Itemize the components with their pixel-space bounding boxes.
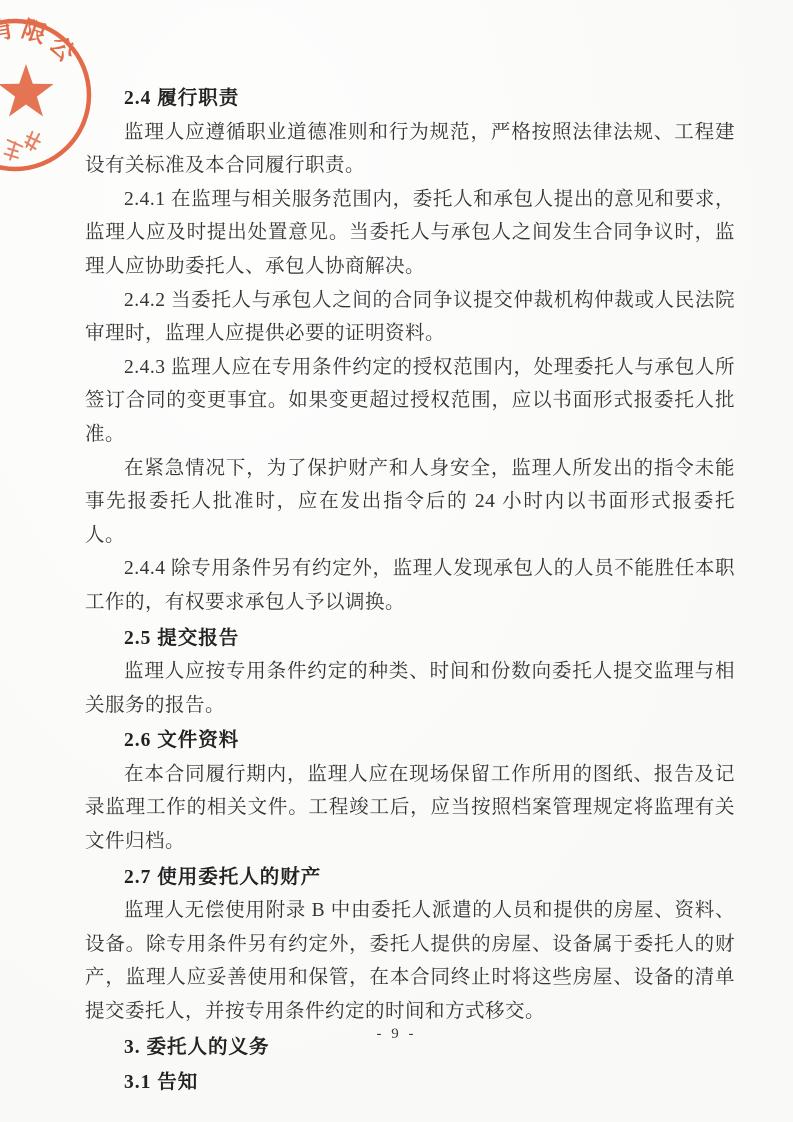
paragraph: 监理人应遵循职业道德准则和行为规范，严格按照法律法规、工程建设有关标准及本合同履… bbox=[85, 116, 735, 183]
section-heading: 2.5 提交报告 bbox=[85, 622, 735, 656]
section-heading: 2.7 使用委托人的财产 bbox=[85, 861, 735, 895]
paragraph: 在紧急情况下，为了保护财产和人身安全，监理人所发出的指令未能事先报委托人批准时，… bbox=[85, 452, 735, 553]
paragraph: 2.4.1 在监理与相关服务范围内，委托人和承包人提出的意见和要求，监理人应及时… bbox=[85, 183, 735, 284]
paragraph: 2.4.4 除专用条件另有约定外，监理人发现承包人的人员不能胜任本职工作的，有权… bbox=[85, 552, 735, 619]
paragraph: 2.4.3 监理人应在专用条件约定的授权范围内，处理委托人与承包人所签订合同的变… bbox=[85, 351, 735, 452]
contract-text: 2.4 履行职责监理人应遵循职业道德准则和行为规范，严格按照法律法规、工程建设有… bbox=[85, 80, 735, 1100]
star-icon bbox=[0, 64, 54, 117]
svg-text:有限公: 有限公 bbox=[0, 14, 82, 71]
paragraph: 监理人无偿使用附录 B 中由委托人派遣的人员和提供的房屋、资料、设备。除专用条件… bbox=[85, 894, 735, 1028]
section-heading: 2.4 履行职责 bbox=[85, 82, 735, 116]
seal-ring bbox=[0, 21, 89, 169]
seal-arc-text: 有限公 bbox=[0, 14, 82, 71]
paragraph: 2.4.2 当委托人与承包人之间的合同争议提交仲裁机构仲裁或人民法院审理时，监理… bbox=[85, 284, 735, 351]
page-number: - 9 - bbox=[0, 1026, 793, 1043]
seal-illegible-glyphs bbox=[2, 130, 42, 162]
document-page: 有限公 2.4 履行职责监理人应遵循职业道德准则和行为规范，严格按照法律法规、工… bbox=[0, 0, 793, 1122]
paragraph: 监理人应按专用条件约定的种类、时间和份数向委托人提交监理与相关服务的报告。 bbox=[85, 655, 735, 722]
section-heading: 2.6 文件资料 bbox=[85, 724, 735, 758]
section-heading: 3.1 告知 bbox=[85, 1066, 735, 1100]
paragraph: 在本合同履行期内，监理人应在现场保留工作所用的图纸、报告及记录监理工作的相关文件… bbox=[85, 758, 735, 859]
